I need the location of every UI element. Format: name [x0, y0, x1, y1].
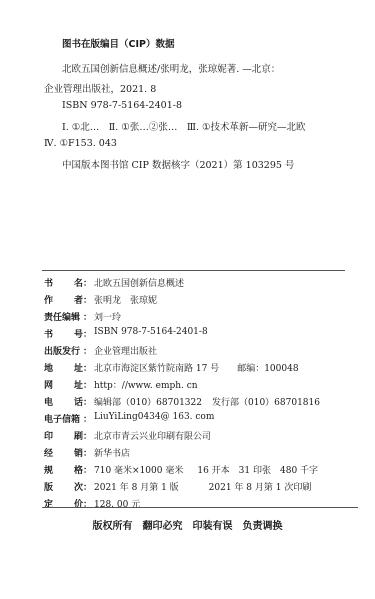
info-row-price: 定价： 128. 00 元	[44, 497, 140, 510]
info-row-editor: 责任编辑： 刘一玲	[44, 310, 121, 323]
isbn: ISBN 978-7-5164-2401-8	[94, 327, 208, 340]
info-row-address: 地址： 北京市海淀区紫竹院南路 17 号 邮编：100048	[44, 361, 299, 374]
info-row-email: 电子信箱： LiuYiLing0434@ 163. com	[44, 412, 214, 425]
cip-line-1: 北欧五国创新信息概述/张明龙，张琼妮著. —北京：	[62, 61, 280, 75]
cip-title: 图书在版编目（CIP）数据	[62, 36, 174, 50]
editor: 刘一玲	[94, 310, 121, 323]
info-row-edition: 版次： 2021 年 8 月第 1 版 2021 年 8 月第 1 次印刷	[44, 480, 311, 493]
info-row-distributor: 经销： 新华书店	[44, 446, 130, 459]
bottom-divider	[42, 507, 358, 508]
cip-line-3: ISBN 978-7-5164-2401-8	[62, 100, 182, 111]
printing: 2021 年 8 月第 1 次印刷	[209, 480, 312, 493]
email-link[interactable]: LiuYiLing0434@ 163. com	[94, 412, 214, 425]
website-link[interactable]: http：//www. emph. cn	[94, 378, 198, 391]
printer: 北京市青云兴业印刷有限公司	[94, 429, 211, 442]
format-size: 710 毫米×1000 毫米	[94, 463, 183, 476]
editorial-phone: 编辑部（010）68701322	[94, 395, 202, 408]
publisher: 企业管理出版社	[94, 344, 157, 357]
info-row-phone: 电话： 编辑部（010）68701322 发行部（010）68701816	[44, 395, 320, 408]
edition: 2021 年 8 月第 1 版	[94, 480, 179, 493]
author: 张明龙 张琼妮	[94, 293, 157, 306]
cip-line-5: Ⅳ. ①F153. 043	[44, 138, 117, 149]
info-row-isbn: 书号： ISBN 978-7-5164-2401-8	[44, 327, 208, 340]
book-title: 北欧五国创新信息概述	[94, 276, 184, 289]
info-row-author: 作者： 张明龙 张琼妮	[44, 293, 157, 306]
distribution-phone: 发行部（010）68701816	[212, 395, 320, 408]
copyright-notice: 版权所有翻印必究印装有误负责调换	[0, 517, 375, 532]
price: 128. 00 元	[94, 497, 140, 510]
distributor: 新华书店	[94, 446, 130, 459]
postcode: 邮编：100048	[237, 361, 298, 374]
address: 北京市海淀区紫竹院南路 17 号	[94, 361, 219, 374]
top-divider	[42, 270, 345, 271]
cip-line-4: Ⅰ. ①北… Ⅱ. ①张…②张… Ⅲ. ①技术革新—研究—北欧	[62, 119, 306, 133]
info-row-title: 书名： 北欧五国创新信息概述	[44, 276, 184, 289]
info-row-printer: 印刷： 北京市青云兴业印刷有限公司	[44, 429, 211, 442]
info-row-website: 网址： http：//www. emph. cn	[44, 378, 198, 391]
info-row-format: 规格： 710 毫米×1000 毫米 16 开本 31 印张 480 千字	[44, 463, 318, 476]
info-row-publisher: 出版发行： 企业管理出版社	[44, 344, 157, 357]
cip-line-6: 中国版本图书馆 CIP 数据核字（2021）第 103295 号	[62, 157, 294, 171]
cip-line-2: 企业管理出版社，2021. 8	[44, 81, 156, 95]
format-details: 16 开本 31 印张 480 千字	[197, 463, 318, 476]
